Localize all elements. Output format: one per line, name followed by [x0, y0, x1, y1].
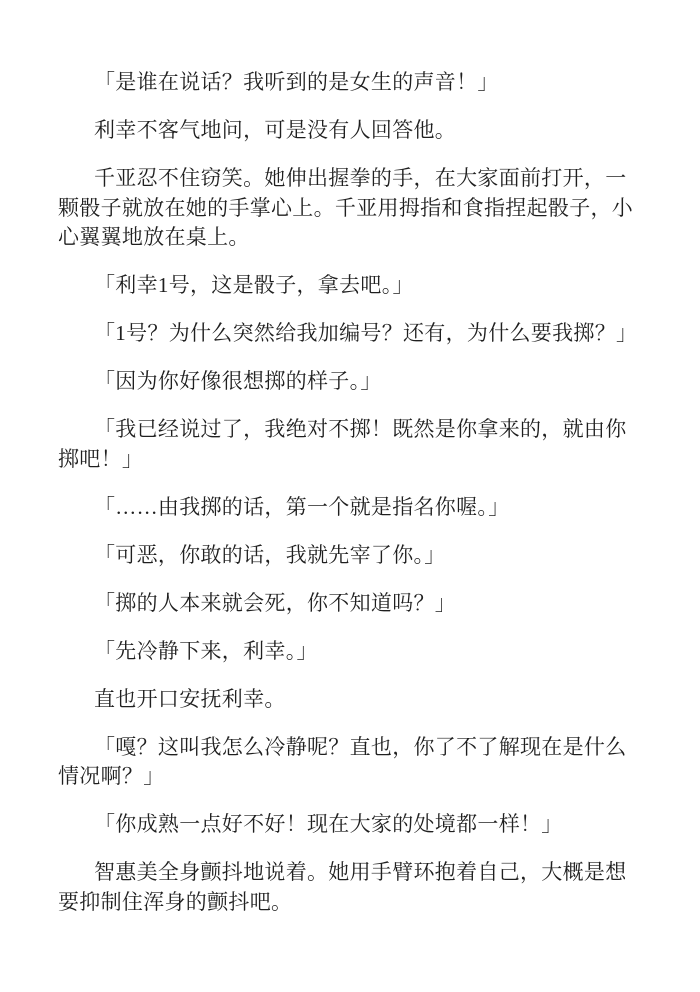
novel-page: 「是谁在说话？我听到的是女生的声音！」 利幸不客气地问，可是没有人回答他。 千亚… — [0, 0, 700, 992]
paragraph: 「可恶，你敢的话，我就先宰了你。」 — [58, 541, 636, 571]
paragraph: 「先冷静下来，利幸。」 — [58, 637, 636, 667]
paragraph: 「掷的人本来就会死，你不知道吗？」 — [58, 589, 636, 619]
paragraph: 「因为你好像很想掷的样子。」 — [58, 367, 636, 397]
paragraph: 「我已经说过了，我绝对不掷！既然是你拿来的，就由你掷吧！」 — [58, 415, 636, 474]
paragraph: 「是谁在说话？我听到的是女生的声音！」 — [58, 68, 636, 98]
paragraph: 利幸不客气地问，可是没有人回答他。 — [58, 116, 636, 146]
paragraph: 直也开口安抚利幸。 — [58, 685, 636, 715]
paragraph: 「……由我掷的话，第一个就是指名你喔。」 — [58, 493, 636, 523]
paragraph: 「你成熟一点好不好！现在大家的处境都一样！」 — [58, 810, 636, 840]
paragraph: 智惠美全身颤抖地说着。她用手臂环抱着自己，大概是想要抑制住浑身的颤抖吧。 — [58, 858, 636, 917]
paragraph: 「1号？为什么突然给我加编号？还有，为什么要我掷？」 — [58, 319, 636, 349]
paragraph: 「利幸1号，这是骰子，拿去吧。」 — [58, 271, 636, 301]
paragraph: 「嘎？这叫我怎么冷静呢？直也，你了不了解现在是什么情况啊？」 — [58, 733, 636, 792]
paragraph: 千亚忍不住窃笑。她伸出握拳的手，在大家面前打开，一颗骰子就放在她的手掌心上。千亚… — [58, 164, 636, 253]
